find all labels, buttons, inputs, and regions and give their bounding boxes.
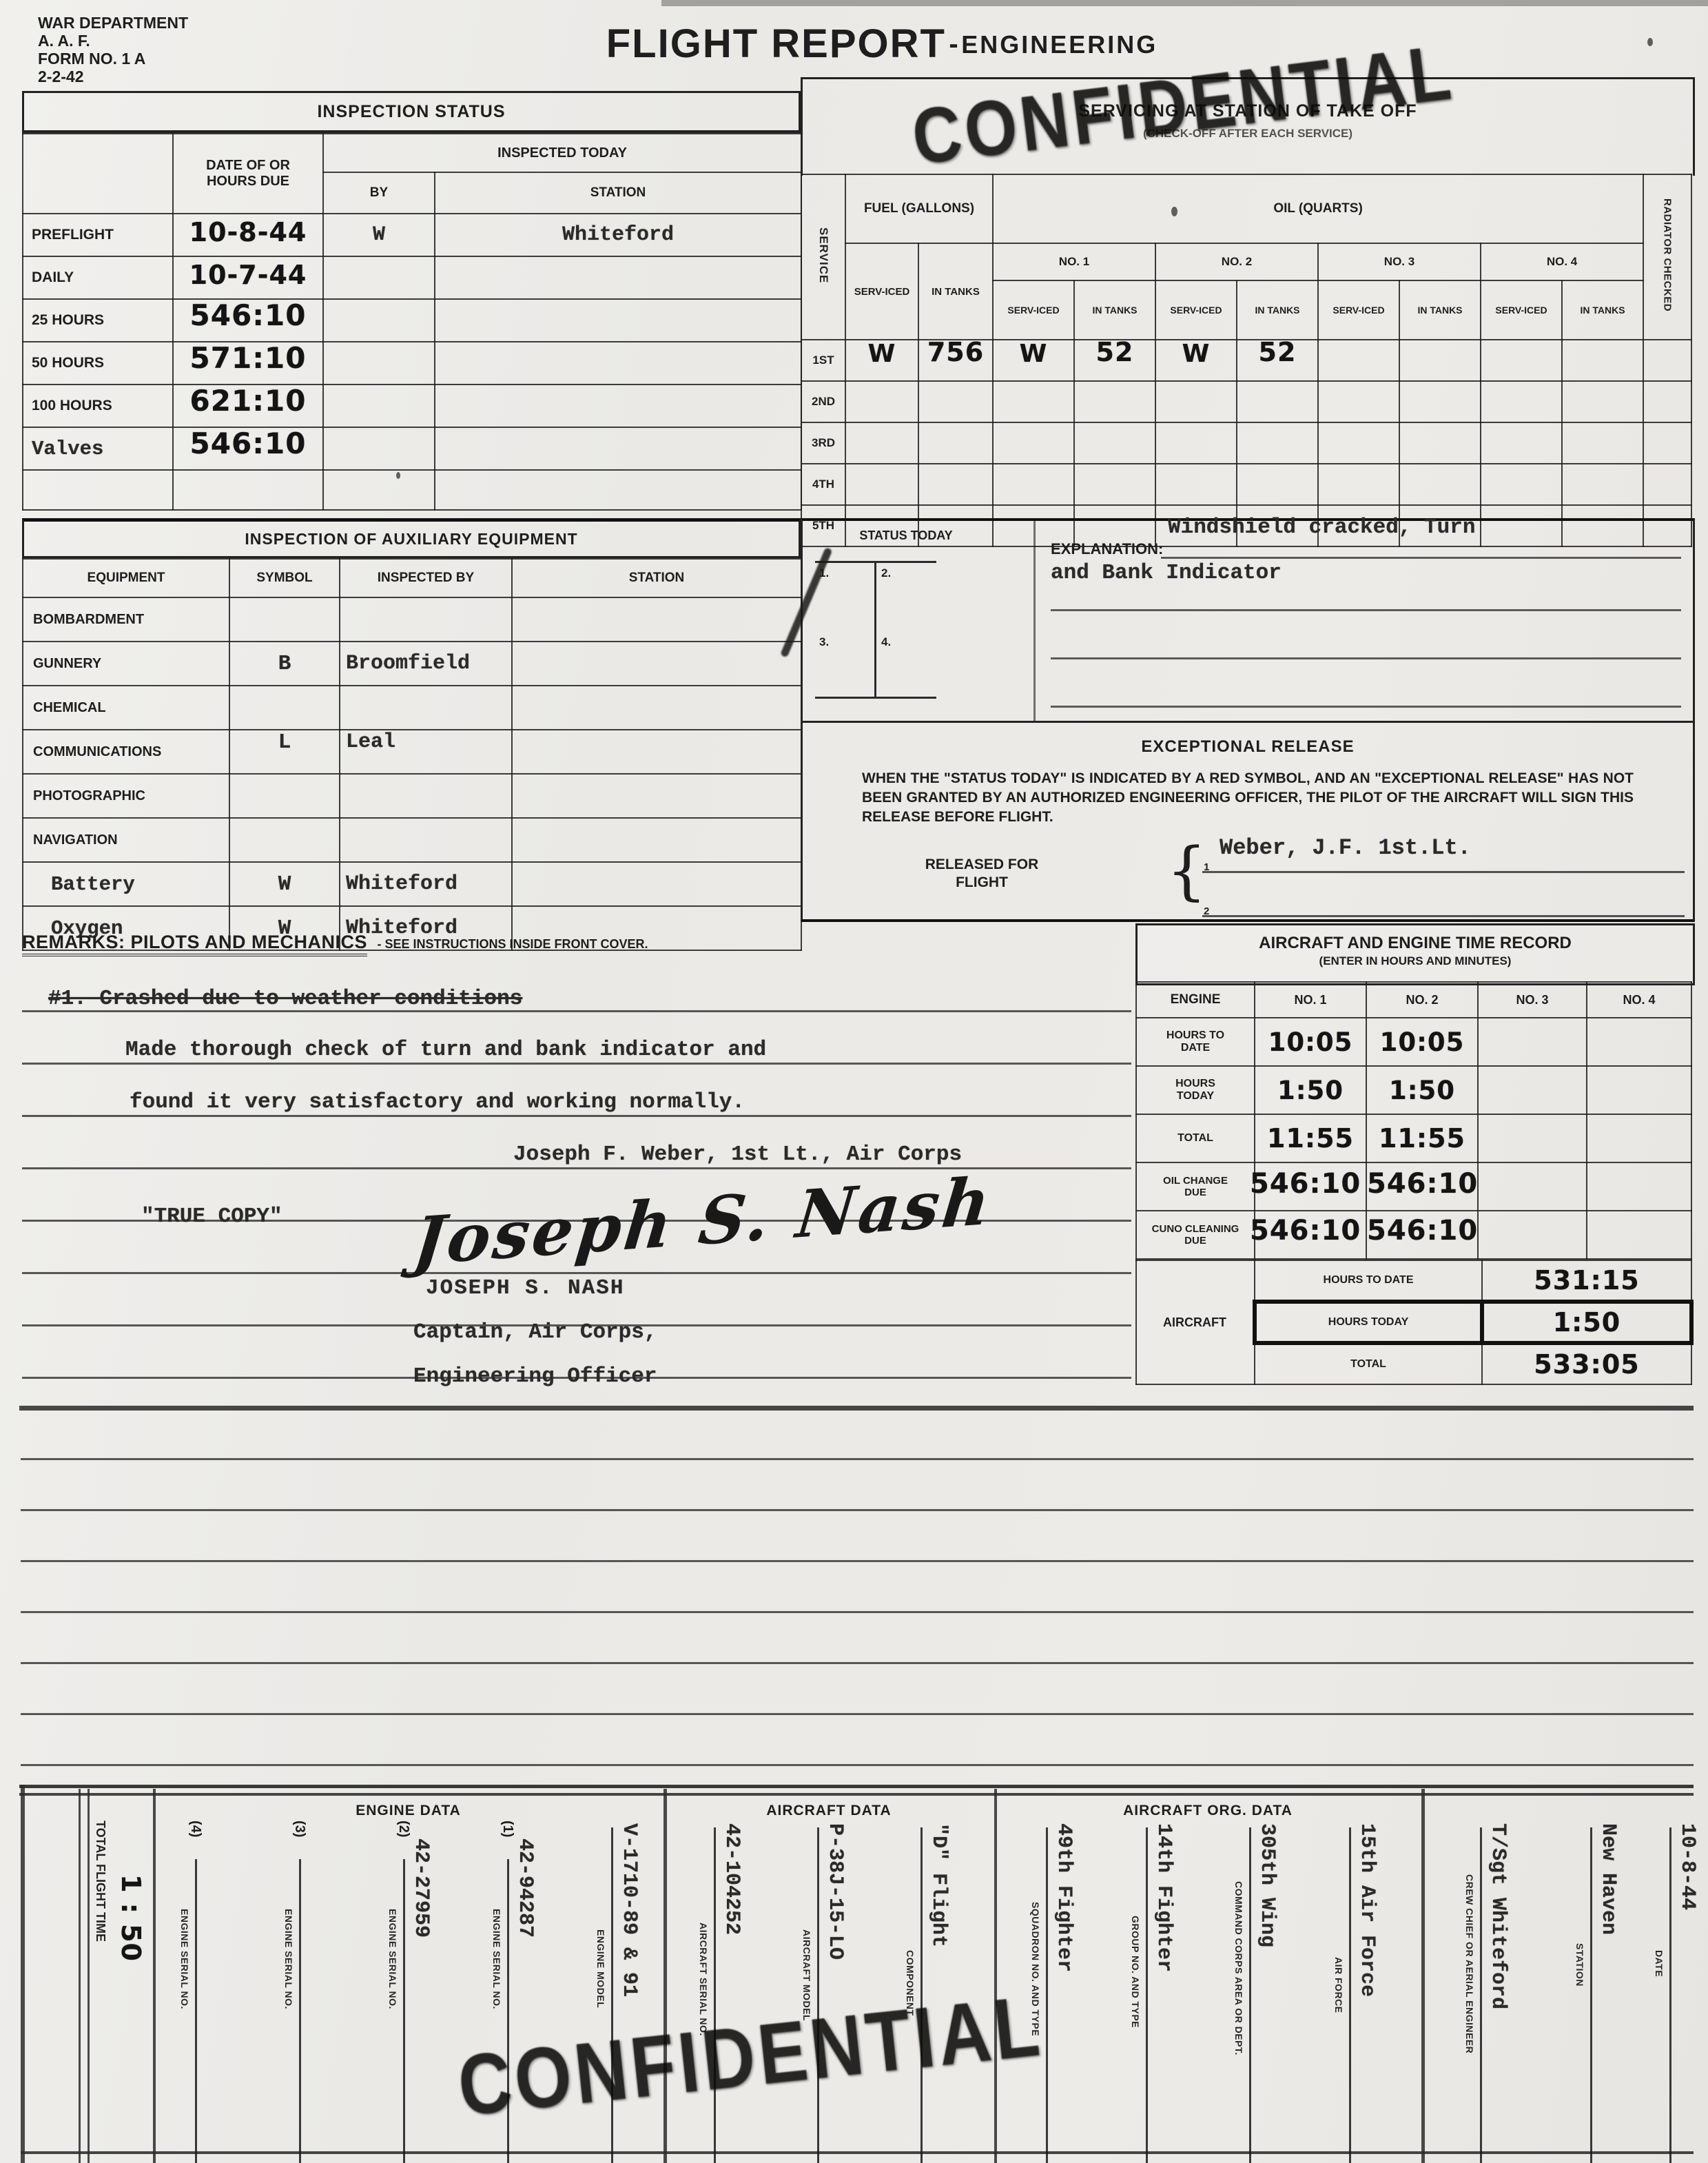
oil-no4-header: NO. 4: [1481, 243, 1643, 280]
fuel-serviced-header: SERV-ICED: [845, 243, 918, 340]
time-value: 546:10: [1367, 1168, 1478, 1200]
inspection-row: DAILY 10-7-44: [23, 256, 801, 299]
equipment-label: CHEMICAL: [23, 686, 229, 730]
cell-value: 52: [1259, 337, 1297, 367]
aux-row: CHEMICAL: [23, 686, 801, 730]
time-value: 10:05: [1380, 1027, 1465, 1057]
service-row: 4TH: [801, 464, 1691, 505]
aircraft-row-label: HOURS TO DATE: [1255, 1260, 1482, 1302]
remarks-title: REMARKS: PILOTS AND MECHANICS: [22, 932, 367, 956]
time-value: 1:50: [1389, 1076, 1455, 1105]
status-cell-3: 3.: [819, 635, 829, 649]
col-header-station: STATION: [512, 559, 801, 597]
explanation-line1: Windshield cracked, Turn: [1168, 515, 1475, 540]
title-dash: -: [949, 29, 958, 59]
engine-4-number: (4): [187, 1821, 203, 1837]
sub-serviced: SERV-ICED: [1481, 280, 1562, 340]
exceptional-release-section: EXCEPTIONAL RELEASE WHEN THE "STATUS TOD…: [801, 718, 1695, 922]
equipment-label: GUNNERY: [23, 642, 229, 686]
org-data-title: AIRCRAFT ORG. DATA: [994, 1803, 1421, 1819]
release-title: EXCEPTIONAL RELEASE: [803, 737, 1693, 757]
station-label: STATION: [1574, 1943, 1585, 1987]
engine-3-number: (3): [291, 1821, 307, 1837]
explanation-label: EXPLANATION:: [1051, 540, 1163, 558]
signature-rank: Captain, Air Corps,: [413, 1320, 657, 1344]
aux-row: Battery W Whiteford: [23, 862, 801, 906]
status-explanation-section: STATUS TODAY 1. 2. 3. 4. EXPLANATION: Wi…: [801, 518, 1695, 723]
inspection-status-title: INSPECTION STATUS: [22, 91, 801, 133]
status-cell-2: 2.: [881, 566, 891, 580]
time-row: OIL CHANGE DUE 546:10 546:10: [1136, 1162, 1691, 1211]
inspection-row: Valves 546:10: [23, 427, 801, 470]
service-row-label: 1ST: [801, 340, 845, 381]
agency-line: FORM NO. 1 A: [38, 50, 188, 68]
servicing-table: SERVICE FUEL (GALLONS) OIL (QUARTS) RADI…: [801, 174, 1692, 547]
time-value: 11:55: [1267, 1123, 1354, 1154]
col-no4: NO. 4: [1587, 982, 1691, 1018]
title-suffix: ENGINEERING: [961, 30, 1157, 59]
due-value: 546:10: [190, 427, 307, 460]
due-value: 621:10: [190, 384, 307, 418]
aircraft-model-value: P-38J-15-LO: [823, 1823, 847, 1960]
due-value: 10-8-44: [189, 217, 307, 247]
sub-tanks: IN TANKS: [1399, 280, 1481, 340]
remark-line-2: Made thorough check of turn and bank ind…: [125, 1038, 766, 1062]
col-header-symbol: SYMBOL: [229, 559, 340, 597]
time-row-label: OIL CHANGE DUE: [1136, 1162, 1255, 1211]
remark-line-1: #1. Crashed due to weather conditions: [48, 987, 522, 1011]
auxiliary-table: EQUIPMENT SYMBOL INSPECTED BY STATION BO…: [22, 558, 802, 951]
remarks-note: - SEE INSTRUCTIONS INSIDE FRONT COVER.: [377, 937, 648, 951]
sub-tanks: IN TANKS: [1074, 280, 1155, 340]
squadron-value: 49th Fighter: [1052, 1823, 1076, 1972]
aircraft-time-value: 1:50: [1553, 1307, 1621, 1337]
inspection-row: 50 HOURS 571:10: [23, 342, 801, 385]
agency-line: A. A. F.: [38, 32, 188, 50]
col-no3: NO. 3: [1478, 982, 1587, 1018]
time-record-title: AIRCRAFT AND ENGINE TIME RECORD: [1138, 934, 1693, 953]
sub-tanks: IN TANKS: [1237, 280, 1318, 340]
time-value: 11:55: [1379, 1123, 1465, 1154]
time-row-label: CUNO CLEANING DUE: [1136, 1211, 1255, 1259]
remark-line-3: found it very satisfactory and working n…: [130, 1090, 745, 1114]
service-row: 1ST W 756 W 52 W 52: [801, 340, 1691, 381]
sub-tanks: IN TANKS: [1562, 280, 1643, 340]
date-value: 10-8-44: [1676, 1823, 1699, 1910]
col-header-equipment: EQUIPMENT: [23, 559, 229, 597]
sub-serviced: SERV-ICED: [1318, 280, 1399, 340]
engine-serial-label: ENGINE SERIAL NO.: [491, 1909, 502, 2009]
title-main: FLIGHT REPORT: [606, 21, 946, 66]
engine-1-serial: 42-94287: [513, 1838, 537, 1938]
by-value: W: [373, 223, 385, 247]
cell-value: 756: [927, 337, 984, 367]
aircraft-data-title: AIRCRAFT DATA: [663, 1803, 994, 1819]
inspection-row: 25 HOURS 546:10: [23, 299, 801, 342]
equipment-label: NAVIGATION: [23, 818, 229, 862]
due-value: 571:10: [190, 341, 307, 375]
oil-no1-header: NO. 1: [993, 243, 1155, 280]
oil-header: OIL (QUARTS): [993, 174, 1643, 243]
true-copy-label: "TRUE COPY": [141, 1204, 282, 1229]
crew-chief-label: CREW CHIEF OR AERIAL ENGINEER: [1464, 1874, 1475, 2053]
time-row-label: HOURS TODAY: [1136, 1066, 1255, 1114]
remarks-header: REMARKS: PILOTS AND MECHANICS - SEE INST…: [22, 932, 648, 953]
row-label: 25 HOURS: [23, 299, 173, 342]
fuel-header: FUEL (GALLONS): [845, 174, 993, 243]
confidential-stamp-bottom: CONFIDENTIAL: [454, 1977, 1047, 2136]
engine-1-number: (1): [500, 1821, 515, 1837]
aircraft-serial-value: 42-104252: [720, 1823, 743, 1935]
aircraft-row-label: HOURS TODAY: [1255, 1302, 1482, 1343]
cell-value: W: [1182, 340, 1211, 368]
engine-serial-label: ENGINE SERIAL NO.: [387, 1909, 398, 2009]
release-line1-value: Weber, J.F. 1st.Lt.: [1220, 835, 1471, 861]
aux-row: BOMBARDMENT: [23, 597, 801, 642]
engine-model-value: V-1710-89 & 91: [617, 1823, 641, 1997]
col-header-due: DATE OF OR HOURS DUE: [173, 134, 323, 214]
status-cell-4: 4.: [881, 635, 891, 649]
auxiliary-equipment-section: INSPECTION OF AUXILIARY EQUIPMENT EQUIPM…: [22, 518, 801, 951]
command-label: COMMAND CORPS AREA OR DEPT.: [1233, 1881, 1244, 2056]
due-value: 10-7-44: [189, 260, 307, 290]
symbol-value: B: [278, 652, 291, 676]
col-header-station: STATION: [435, 172, 801, 214]
component-value: "D" Flight: [927, 1823, 950, 1947]
form-title: FLIGHT REPORT - ENGINEERING: [469, 21, 1295, 67]
service-col-label: SERVICE: [816, 227, 830, 283]
aux-row: GUNNERY B Broomfield: [23, 642, 801, 686]
col-no1: NO. 1: [1255, 982, 1366, 1018]
time-record-subtitle: (ENTER IN HOURS AND MINUTES): [1138, 954, 1693, 968]
symbol-value: W: [278, 872, 291, 896]
inspection-row: 100 HOURS 621:10: [23, 385, 801, 427]
row-label: Valves: [32, 438, 103, 460]
row-label: 100 HOURS: [23, 385, 173, 427]
agency-line: 2-2-42: [38, 68, 188, 85]
status-today-label: STATUS TODAY: [830, 528, 982, 543]
inspection-row: PREFLIGHT 10-8-44 W Whiteford: [23, 214, 801, 256]
col-header-inspected-by: INSPECTED BY: [340, 559, 512, 597]
time-row: TOTAL 11:55 11:55: [1136, 1114, 1691, 1162]
time-value: 1:50: [1277, 1076, 1344, 1105]
service-row: 2ND: [801, 381, 1691, 422]
time-value: 546:10: [1367, 1215, 1478, 1247]
time-row: HOURS TODAY 1:50 1:50: [1136, 1066, 1691, 1114]
release-brace: {: [1166, 834, 1207, 908]
inspected-by-value: Broomfield: [346, 652, 470, 675]
aux-row: PHOTOGRAPHIC: [23, 774, 801, 818]
due-value: 546:10: [190, 298, 307, 332]
oil-no2-header: NO. 2: [1155, 243, 1318, 280]
inspection-status-section: INSPECTION STATUS DATE OF OR HOURS DUE I…: [22, 91, 801, 511]
engine-model-label: ENGINE MODEL: [595, 1929, 606, 2008]
time-row-label: HOURS TO DATE: [1136, 1018, 1255, 1066]
cell-value: W: [1020, 340, 1048, 368]
equipment-label: COMMUNICATIONS: [23, 730, 229, 774]
scan-edge-smudge: [661, 0, 1708, 6]
date-label: DATE: [1654, 1950, 1665, 1977]
time-row: CUNO CLEANING DUE 546:10 546:10: [1136, 1211, 1691, 1259]
inspected-by-value: Whiteford: [346, 872, 457, 896]
time-value: 546:10: [1250, 1168, 1361, 1200]
symbol-value: L: [278, 730, 291, 755]
sub-serviced: SERV-ICED: [1155, 280, 1237, 340]
equipment-label: BOMBARDMENT: [23, 597, 229, 642]
signature-title: Engineering Officer: [413, 1364, 657, 1388]
cell-value: W: [868, 340, 896, 368]
time-record-table: ENGINE NO. 1 NO. 2 NO. 3 NO. 4 HOURS TO …: [1135, 981, 1692, 1260]
explanation-line2: and Bank Indicator: [1051, 561, 1282, 585]
group-label: GROUP NO. AND TYPE: [1130, 1916, 1141, 2028]
service-row-label: 4TH: [801, 464, 845, 505]
inspected-by-value: Leal: [346, 730, 395, 754]
release-body: WHEN THE "STATUS TODAY" IS INDICATED BY …: [862, 769, 1634, 827]
service-row-label: 2ND: [801, 381, 845, 422]
col-header-by: BY: [323, 172, 435, 214]
equipment-label: PHOTOGRAPHIC: [23, 774, 229, 818]
inspection-status-table: DATE OF OR HOURS DUE INSPECTED TODAY BY …: [22, 133, 802, 511]
form-agency-block: WAR DEPARTMENT A. A. F. FORM NO. 1 A 2-2…: [38, 14, 188, 85]
station-value: Whiteford: [562, 223, 674, 247]
aux-row: COMMUNICATIONS L Leal: [23, 730, 801, 774]
crew-chief-value: T/Sgt Whiteford: [1486, 1823, 1510, 2009]
air-force-value: 15th Air Force: [1355, 1823, 1379, 1997]
air-force-label: AIR FORCE: [1333, 1957, 1344, 2013]
cell-value: 52: [1096, 337, 1134, 367]
engine-col-header: ENGINE: [1136, 982, 1255, 1018]
agency-line: WAR DEPARTMENT: [38, 14, 188, 32]
aircraft-time-value: 533:05: [1534, 1349, 1639, 1380]
service-row-label: 3RD: [801, 422, 845, 464]
engine-2-serial: 42-27959: [409, 1838, 433, 1938]
time-row: HOURS TO DATE 10:05 10:05: [1136, 1018, 1691, 1066]
group-value: 14th Fighter: [1152, 1823, 1175, 1972]
radiator-col-label: RADIATOR CHECKED: [1662, 198, 1674, 311]
service-row: 3RD: [801, 422, 1691, 464]
status-today-grid: 1. 2. 3. 4.: [815, 561, 936, 699]
row-label: PREFLIGHT: [23, 214, 173, 256]
row-label: 50 HOURS: [23, 342, 173, 385]
equipment-label: Battery: [51, 873, 135, 896]
command-value: 305th Wing: [1255, 1823, 1279, 1947]
remark-signoff-line: Joseph F. Weber, 1st Lt., Air Corps: [513, 1142, 962, 1167]
signature-typed-name: JOSEPH S. NASH: [426, 1276, 624, 1300]
col-header-inspected-today: INSPECTED TODAY: [323, 134, 801, 172]
row-label: DAILY: [23, 256, 173, 299]
released-for-flight-label: RELEASED FOR FLIGHT: [903, 856, 1061, 892]
aircraft-time-value: 531:15: [1534, 1265, 1639, 1295]
aircraft-time-table: AIRCRAFT HOURS TO DATE 531:15 HOURS TODA…: [1135, 1260, 1694, 1385]
aircraft-row-label: TOTAL: [1255, 1343, 1482, 1384]
scanned-flight-report-form: WAR DEPARTMENT A. A. F. FORM NO. 1 A 2-2…: [0, 0, 1708, 2163]
sub-serviced: SERV-ICED: [993, 280, 1074, 340]
engine-2-number: (2): [395, 1821, 411, 1837]
time-row-label: TOTAL: [1136, 1114, 1255, 1162]
fuel-tanks-header: IN TANKS: [918, 243, 993, 340]
time-value: 546:10: [1250, 1215, 1361, 1247]
aircraft-label: AIRCRAFT: [1136, 1260, 1255, 1384]
engine-serial-label: ENGINE SERIAL NO.: [283, 1909, 294, 2009]
col-no2: NO. 2: [1366, 982, 1478, 1018]
time-value: 10:05: [1268, 1027, 1353, 1057]
engine-data-title: ENGINE DATA: [153, 1803, 663, 1819]
station-value: New Haven: [1596, 1823, 1620, 1935]
total-flight-time-value: 1 : 50: [116, 1874, 146, 2136]
signature-script: Joseph S. Nash: [410, 1163, 996, 1280]
engine-serial-label: ENGINE SERIAL NO.: [179, 1909, 190, 2009]
oil-no3-header: NO. 3: [1318, 243, 1481, 280]
time-record-header: AIRCRAFT AND ENGINE TIME RECORD (ENTER I…: [1135, 923, 1695, 985]
auxiliary-title: INSPECTION OF AUXILIARY EQUIPMENT: [22, 518, 801, 558]
aux-row: NAVIGATION: [23, 818, 801, 862]
